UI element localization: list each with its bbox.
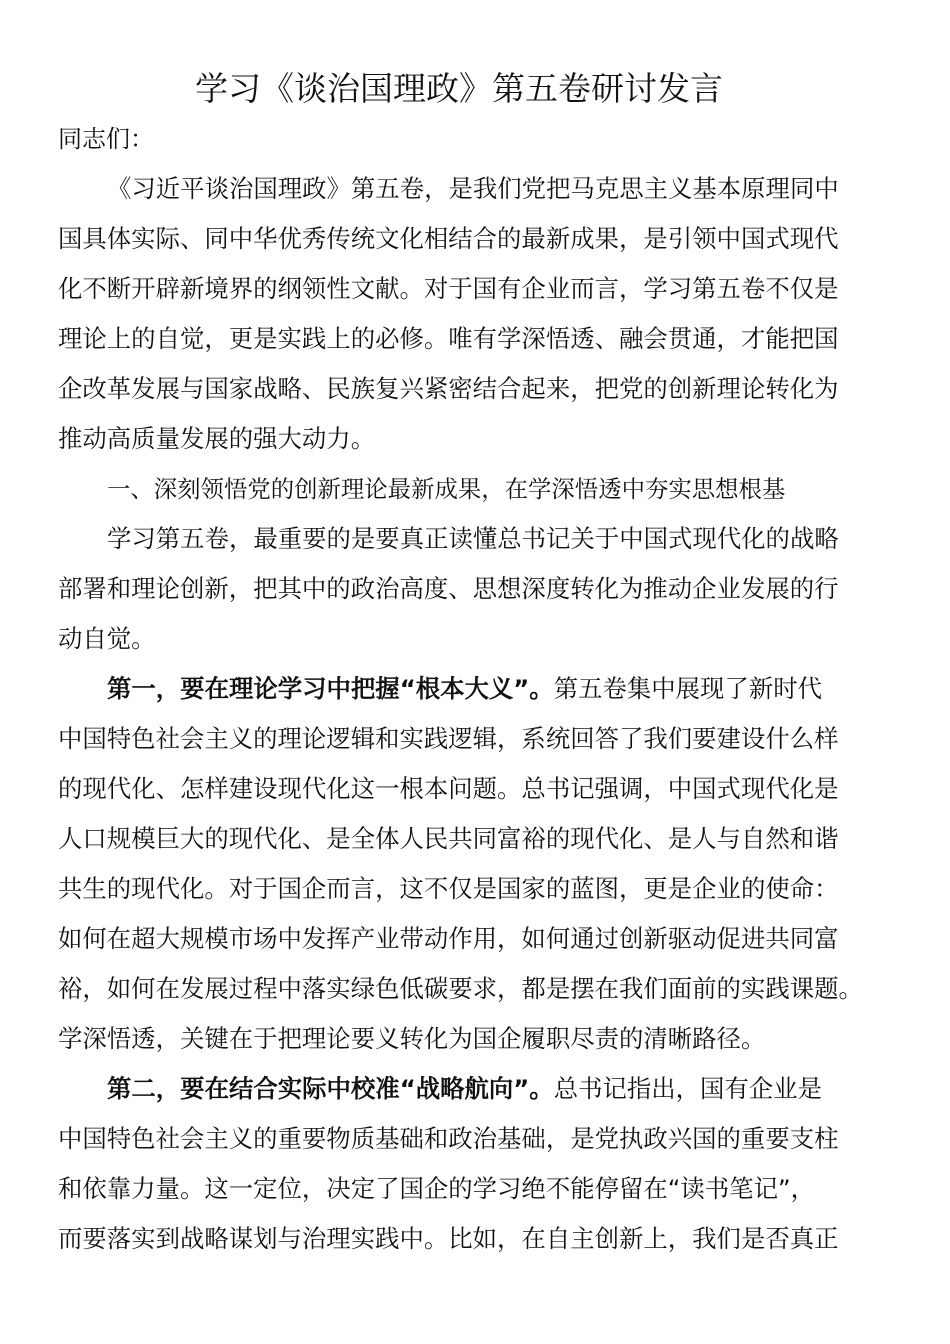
section-heading-1: 一、深刻领悟党的创新理论最新成果，在学深悟透中夯实思想根基	[58, 464, 876, 514]
point-1-lead: 第一，要在理论学习中把握“根本大义”。	[107, 674, 554, 703]
text-line: 理论上的自觉，更是实践上的必修。唯有学深悟透、融会贯通，才能把国	[58, 314, 876, 364]
text-line: 《习近平谈治国理政》第五卷，是我们党把马克思主义基本原理同中	[58, 164, 876, 214]
text-line: 共生的现代化。对于国企而言，这不仅是国家的蓝图，更是企业的使命：	[58, 864, 876, 914]
point-2-first-line-rest: 总书记指出，国有企业是	[554, 1074, 822, 1103]
text-line: 和依靠力量。这一定位，决定了国企的学习绝不能停留在“读书笔记”，	[58, 1164, 876, 1214]
point-1-first-line-rest: 第五卷集中展现了新时代	[554, 674, 822, 703]
document-page: 学习《谈治国理政》第五卷研讨发言 同志们： 《习近平谈治国理政》第五卷，是我们党…	[58, 64, 876, 1264]
text-line: 的现代化、怎样建设现代化这一根本问题。总书记强调，中国式现代化是	[58, 764, 876, 814]
paragraph-point-1: 第一，要在理论学习中把握“根本大义”。第五卷集中展现了新时代 中国特色社会主义的…	[58, 664, 876, 1064]
text-line: 化不断开辟新境界的纲领性文献。对于国有企业而言，学习第五卷不仅是	[58, 264, 876, 314]
text-line: 如何在超大规模市场中发挥产业带动作用，如何通过创新驱动促进共同富	[58, 914, 876, 964]
paragraph-section-intro: 学习第五卷，最重要的是要真正读懂总书记关于中国式现代化的战略 部署和理论创新，把…	[58, 514, 876, 664]
point-2-lead: 第二，要在结合实际中校准“战略航向”。	[107, 1074, 554, 1103]
text-line: 第一，要在理论学习中把握“根本大义”。第五卷集中展现了新时代	[58, 664, 876, 714]
text-line: 国具体实际、同中华优秀传统文化相结合的最新成果，是引领中国式现代	[58, 214, 876, 264]
text-line: 学习第五卷，最重要的是要真正读懂总书记关于中国式现代化的战略	[58, 514, 876, 564]
text-line: 第二，要在结合实际中校准“战略航向”。总书记指出，国有企业是	[58, 1064, 876, 1114]
text-line: 动自觉。	[58, 614, 876, 664]
paragraph-point-2: 第二，要在结合实际中校准“战略航向”。总书记指出，国有企业是 中国特色社会主义的…	[58, 1064, 876, 1264]
text-line: 中国特色社会主义的重要物质基础和政治基础，是党执政兴国的重要支柱	[58, 1114, 876, 1164]
text-line: 中国特色社会主义的理论逻辑和实践逻辑，系统回答了我们要建设什么样	[58, 714, 876, 764]
text-line: 裕，如何在发展过程中落实绿色低碳要求，都是摆在我们面前的实践课题。	[58, 964, 876, 1014]
text-line: 推动高质量发展的强大动力。	[58, 414, 876, 464]
salutation: 同志们：	[58, 114, 876, 164]
text-line: 学深悟透，关键在于把理论要义转化为国企履职尽责的清晰路径。	[58, 1014, 876, 1064]
text-line: 企改革发展与国家战略、民族复兴紧密结合起来，把党的创新理论转化为	[58, 364, 876, 414]
document-title: 学习《谈治国理政》第五卷研讨发言	[42, 64, 876, 114]
text-line: 部署和理论创新，把其中的政治高度、思想深度转化为推动企业发展的行	[58, 564, 876, 614]
text-line: 而要落实到战略谋划与治理实践中。比如，在自主创新上，我们是否真正	[58, 1214, 876, 1264]
paragraph-intro: 《习近平谈治国理政》第五卷，是我们党把马克思主义基本原理同中 国具体实际、同中华…	[58, 164, 876, 464]
text-line: 人口规模巨大的现代化、是全体人民共同富裕的现代化、是人与自然和谐	[58, 814, 876, 864]
